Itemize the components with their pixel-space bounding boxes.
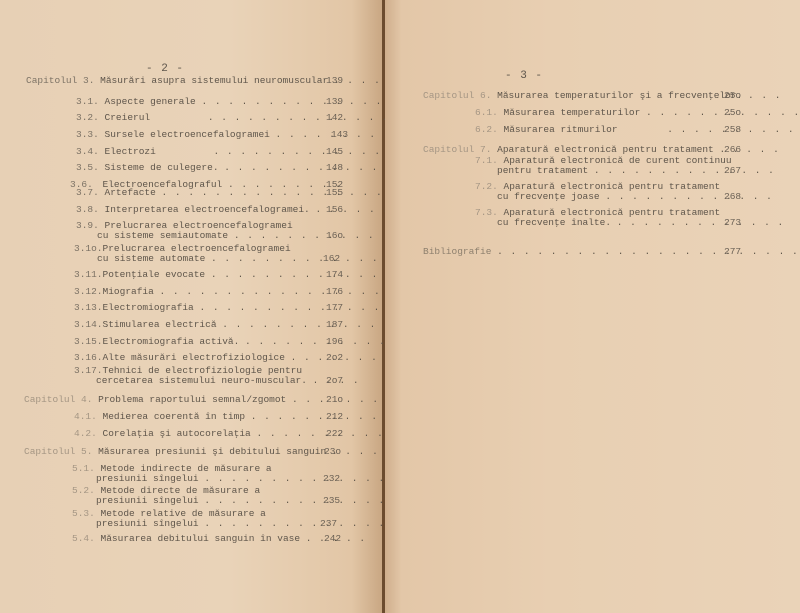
- page-number: - 2 -: [146, 63, 184, 75]
- toc-page-number: 212: [326, 411, 343, 422]
- toc-page-number: 2o7: [326, 375, 343, 386]
- right-page: - 3 - Capitolul 6. Măsurarea temperaturi…: [385, 0, 800, 613]
- toc-page-number: 21o: [326, 394, 343, 405]
- toc-page-number: 277: [724, 246, 741, 257]
- toc-page-number: 16o: [326, 230, 343, 241]
- book-spread: - 2 - Capitolul 3. Măsurări asupra siste…: [0, 0, 800, 613]
- toc-page-number: 258: [724, 124, 741, 135]
- toc-section-entry: 3.15.Electromiografia activă. . . . . . …: [74, 336, 399, 347]
- toc-section-entry: 3.4. Electrozi . . . . . . . . . . . . .…: [76, 146, 394, 157]
- toc-page-number: 196: [326, 336, 343, 347]
- toc-bibliography-entry: Bibliografie . . . . . . . . . . . . . .…: [423, 246, 800, 257]
- toc-page-number: 242: [324, 533, 341, 544]
- toc-page-number: 145: [326, 146, 343, 157]
- toc-page-number: 268: [724, 191, 741, 202]
- toc-page-number: 25o: [724, 90, 741, 101]
- toc-section-entry-continuation: cercetarea sistemului neuro-muscular. . …: [96, 375, 360, 386]
- toc-section-entry: 3.5. Sisteme de culegere. . . . . . . . …: [76, 162, 405, 173]
- toc-page-number: 176: [326, 286, 343, 297]
- toc-section-entry: 3.7. Artefacte . . . . . . . . . . . . .…: [76, 187, 409, 198]
- toc-page-number: 174: [326, 269, 343, 280]
- toc-section-entry: 4.2. Corelaţia şi autocorelaţia . . . . …: [74, 428, 397, 439]
- toc-page-number: 156: [326, 204, 343, 215]
- toc-section-entry: 3.11.Potenţiale evocate . . . . . . . . …: [74, 269, 405, 280]
- toc-section-entry-continuation: cu frecvenţe înalte. . . . . . . . . . .…: [497, 217, 784, 228]
- toc-page-number: 162: [323, 253, 340, 264]
- toc-page-number: 25o: [724, 107, 741, 118]
- page-number: - 3 -: [505, 70, 543, 82]
- toc-page-number: 177: [326, 302, 343, 313]
- toc-section-entry: 5.4. Măsurarea debitului sanguin în vase…: [72, 533, 366, 544]
- toc-section-entry: 6.1. Măsurarea temperaturilor . . . . . …: [475, 107, 800, 118]
- toc-page-number: 187: [326, 319, 343, 330]
- left-page: - 2 - Capitolul 3. Măsurări asupra siste…: [0, 0, 382, 613]
- toc-page-number: 148: [326, 162, 343, 173]
- toc-section-entry-continuation: presiunii sîngelui . . . . . . . . . . .…: [96, 495, 385, 506]
- toc-section-entry-continuation: presiunii sîngelui . . . . . . . . . . .…: [96, 518, 399, 529]
- toc-section-entry: 3.12.Miografia . . . . . . . . . . . . .…: [74, 286, 407, 297]
- toc-page-number: 222: [326, 428, 343, 439]
- toc-page-number: 232: [323, 473, 340, 484]
- toc-section-entry: 3.14.Stimularea electrică . . . . . . . …: [74, 319, 403, 330]
- toc-section-entry-continuation: cu sisteme automate . . . . . . . . . . …: [97, 253, 392, 264]
- toc-page-number: 2o2: [326, 352, 343, 363]
- toc-section-entry: 3.13.Electromiografia . . . . . . . . . …: [74, 302, 407, 313]
- toc-page-number: 143: [331, 129, 348, 140]
- toc-page-number: 235: [323, 495, 340, 506]
- toc-page-number: 23o: [324, 446, 341, 457]
- toc-page-number: 237: [320, 518, 337, 529]
- toc-page-number: 139: [326, 96, 343, 107]
- toc-page-number: 266: [724, 144, 741, 155]
- toc-section-entry: 6.2. Măsurarea ritmurilor . . . . . . . …: [475, 124, 800, 135]
- toc-section-entry-continuation: presiunii sîngelui . . . . . . . . . . .…: [96, 473, 399, 484]
- toc-section-entry: 3.1. Aspecte generale . . . . . . . . . …: [76, 96, 396, 107]
- toc-page-number: 139: [326, 75, 343, 86]
- toc-page-number: 142: [326, 112, 343, 123]
- toc-page-number: 273: [724, 217, 741, 228]
- toc-page-number: 155: [326, 187, 343, 198]
- toc-page-number: 267: [724, 165, 741, 176]
